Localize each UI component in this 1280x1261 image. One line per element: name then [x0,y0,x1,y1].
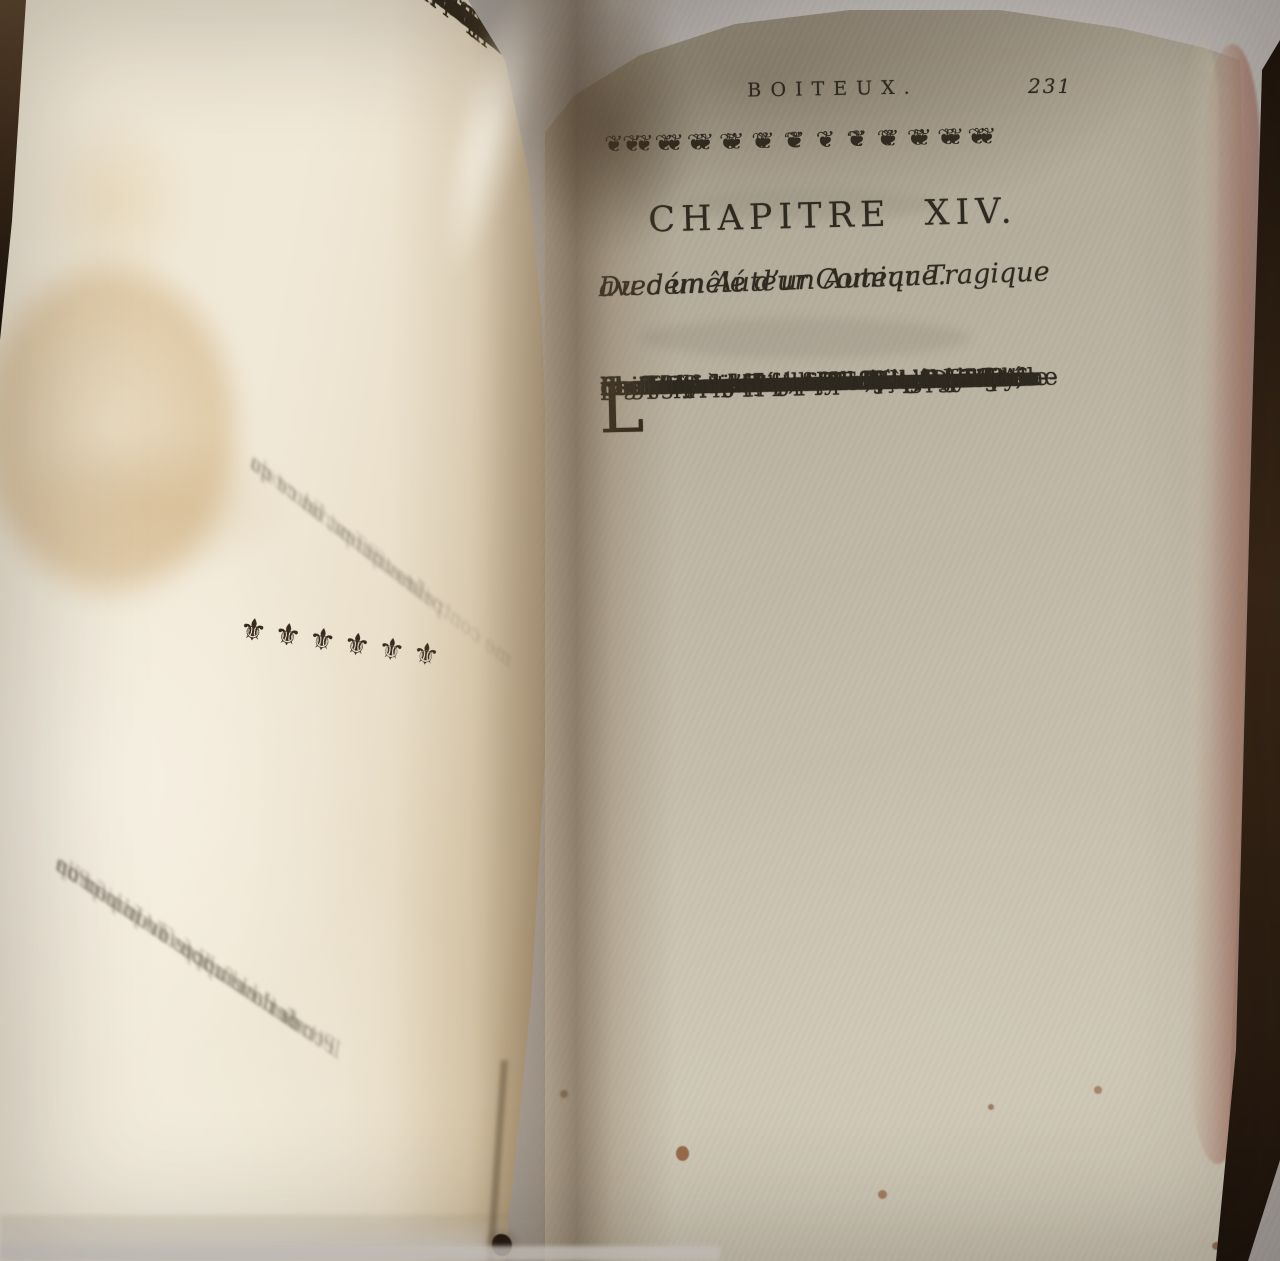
photo-vignette [0,0,1280,1261]
book-photo: ſous qui parodont come contre les autres… [0,0,1280,1261]
